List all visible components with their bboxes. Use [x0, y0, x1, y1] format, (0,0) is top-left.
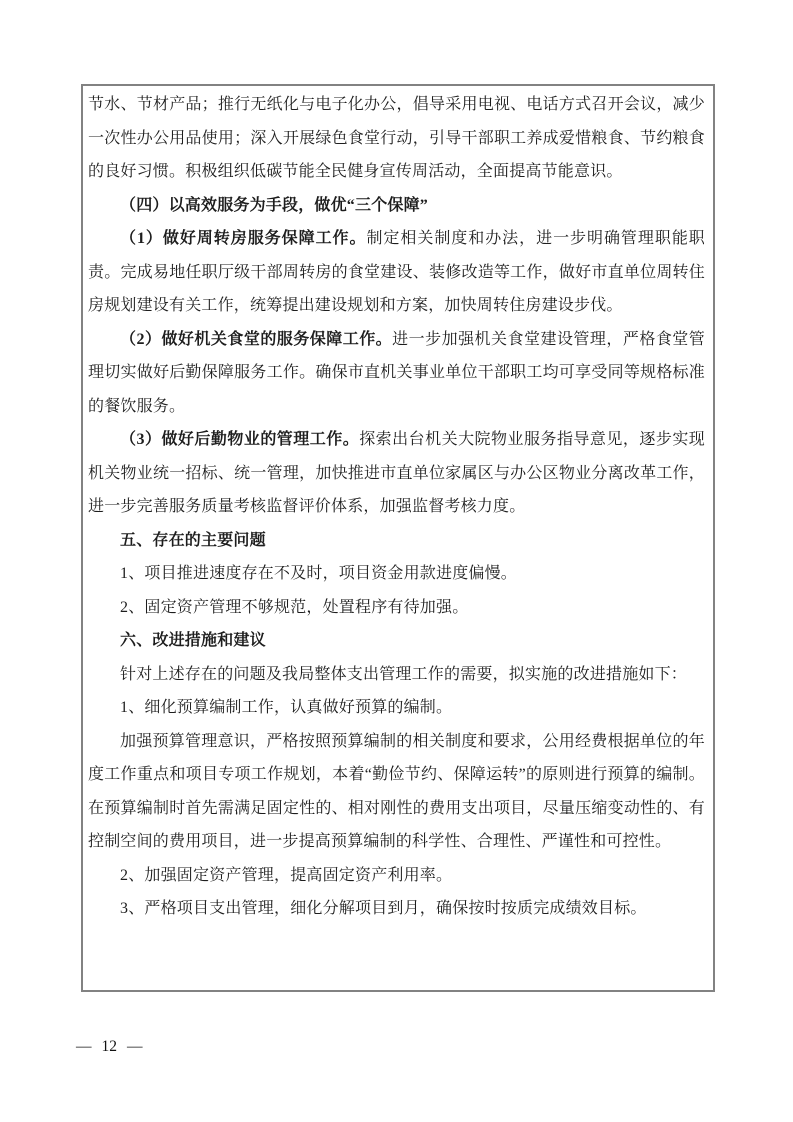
paragraph-lead: （1）做好周转房服务保障工作。	[120, 230, 366, 247]
page-number-footer: —12—	[76, 1038, 143, 1056]
improvement-intro-paragraph: 针对上述存在的问题及我局整体支出管理工作的需要，拟实施的改进措施如下：	[88, 658, 705, 692]
footer-dash-left: —	[76, 1038, 92, 1055]
paragraph-item-3: （3）做好后勤物业的管理工作。探索出台机关大院物业服务指导意见，逐步实现机关物业…	[88, 423, 705, 524]
measure-item-1: 1、细化预算编制工作，认真做好预算的编制。	[88, 691, 705, 725]
problem-item-2: 2、固定资产管理不够规范，处置程序有待加强。	[88, 591, 705, 625]
paragraph-lead: （2）做好机关食堂的服务保障工作。	[120, 331, 392, 348]
paragraph-item-1: （1）做好周转房服务保障工作。制定相关制度和办法，进一步明确管理职能职责。完成易…	[88, 222, 705, 323]
problem-item-1: 1、项目推进速度存在不及时，项目资金用款进度偏慢。	[88, 557, 705, 591]
measure-item-2: 2、加强固定资产管理，提高固定资产利用率。	[88, 859, 705, 893]
budget-detail-paragraph: 加强预算管理意识，严格按照预算编制的相关制度和要求，公用经费根据单位的年度工作重…	[88, 725, 705, 859]
section-heading-six: 六、改进措施和建议	[88, 624, 705, 658]
paragraph-item-2: （2）做好机关食堂的服务保障工作。进一步加强机关食堂建设管理，严格食堂管理切实做…	[88, 323, 705, 424]
paragraph-continuation: 节水、节材产品；推行无纸化与电子化办公，倡导采用电视、电话方式召开会议，减少一次…	[88, 88, 705, 189]
document-border-box: 节水、节材产品；推行无纸化与电子化办公，倡导采用电视、电话方式召开会议，减少一次…	[81, 84, 715, 992]
footer-dash-right: —	[127, 1038, 143, 1055]
measure-item-3: 3、严格项目支出管理，细化分解项目到月，确保按时按质完成绩效目标。	[88, 892, 705, 926]
page: { "colors": { "background": "#ffffff", "…	[0, 0, 793, 1122]
section-heading-four: （四）以高效服务为手段，做优“三个保障”	[88, 189, 705, 223]
paragraph-lead: （3）做好后勤物业的管理工作。	[120, 431, 359, 448]
page-number: 12	[102, 1038, 118, 1055]
section-heading-five: 五、存在的主要问题	[88, 524, 705, 558]
